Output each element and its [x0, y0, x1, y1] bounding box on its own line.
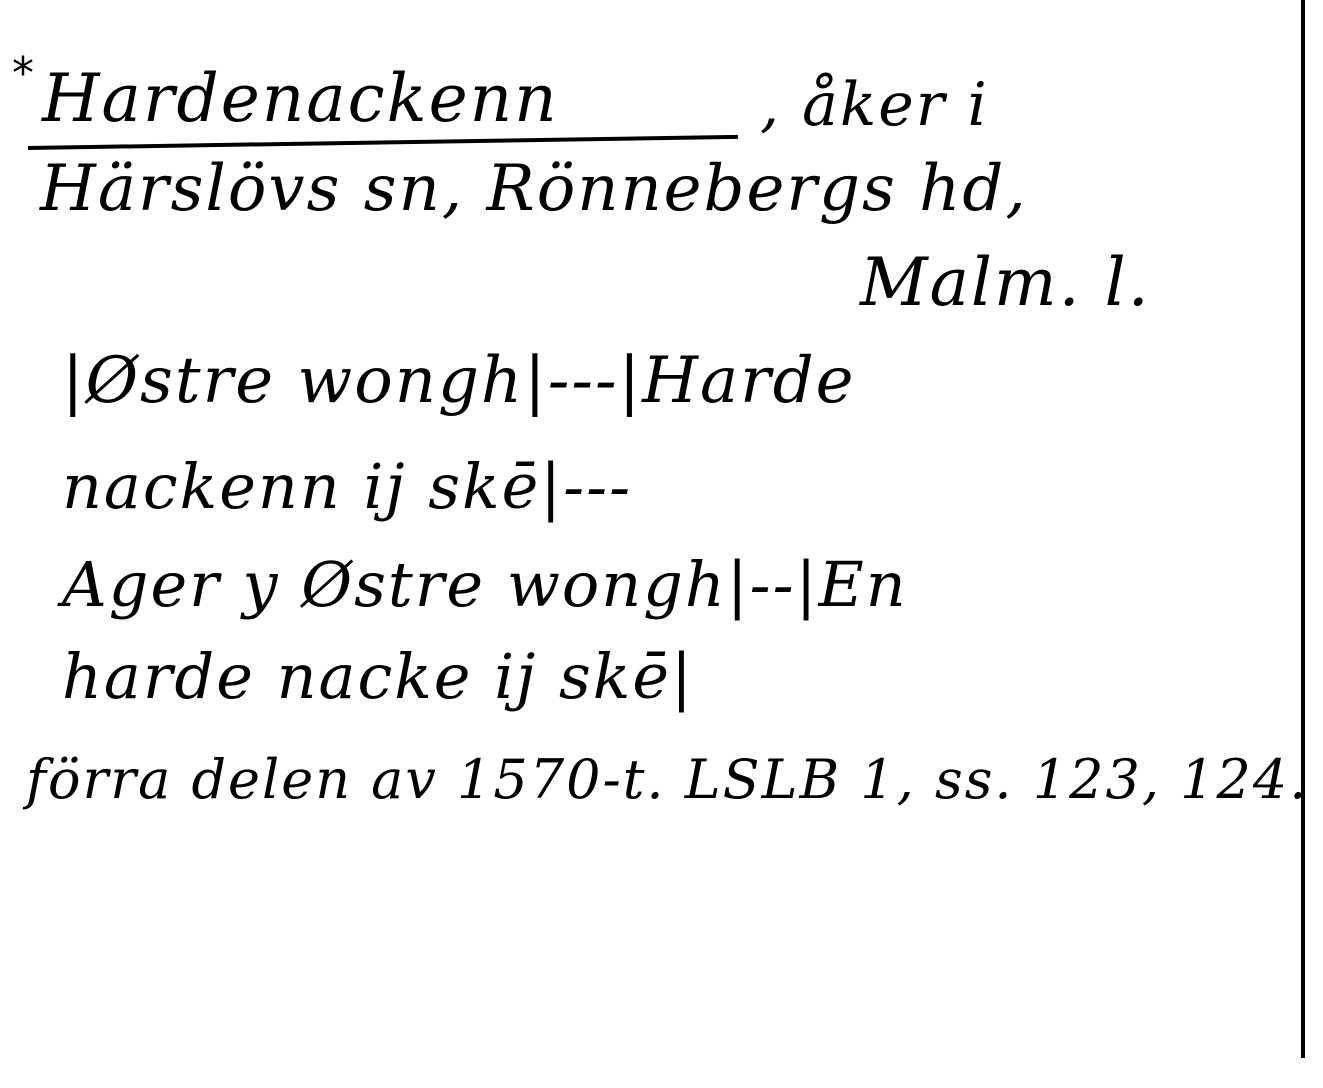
source-reference: förra delen av 1570-t. LSLB 1, ss. 123, … [26, 748, 1323, 811]
card-border [1301, 0, 1305, 1058]
county-line: Malm. l. [860, 244, 1151, 321]
quote-line-3: Ager y Østre wongh|--|En [62, 548, 908, 621]
headword: Hardenackenn [42, 60, 559, 137]
quote-line-1: |Østre wongh|---|Harde [62, 344, 856, 418]
headword-description: , åker i [760, 70, 989, 140]
archive-card: * Hardenackenn , åker i Härslövs sn, Rön… [0, 0, 1323, 1088]
location-line: Härslövs sn, Rönnebergs hd, [40, 152, 1028, 226]
quote-line-4: harde nacke ij skē| [62, 640, 694, 713]
headword-underline [28, 135, 738, 150]
entry-marker: * [12, 52, 34, 96]
quote-line-2: nackenn ij skē|--- [62, 450, 632, 523]
